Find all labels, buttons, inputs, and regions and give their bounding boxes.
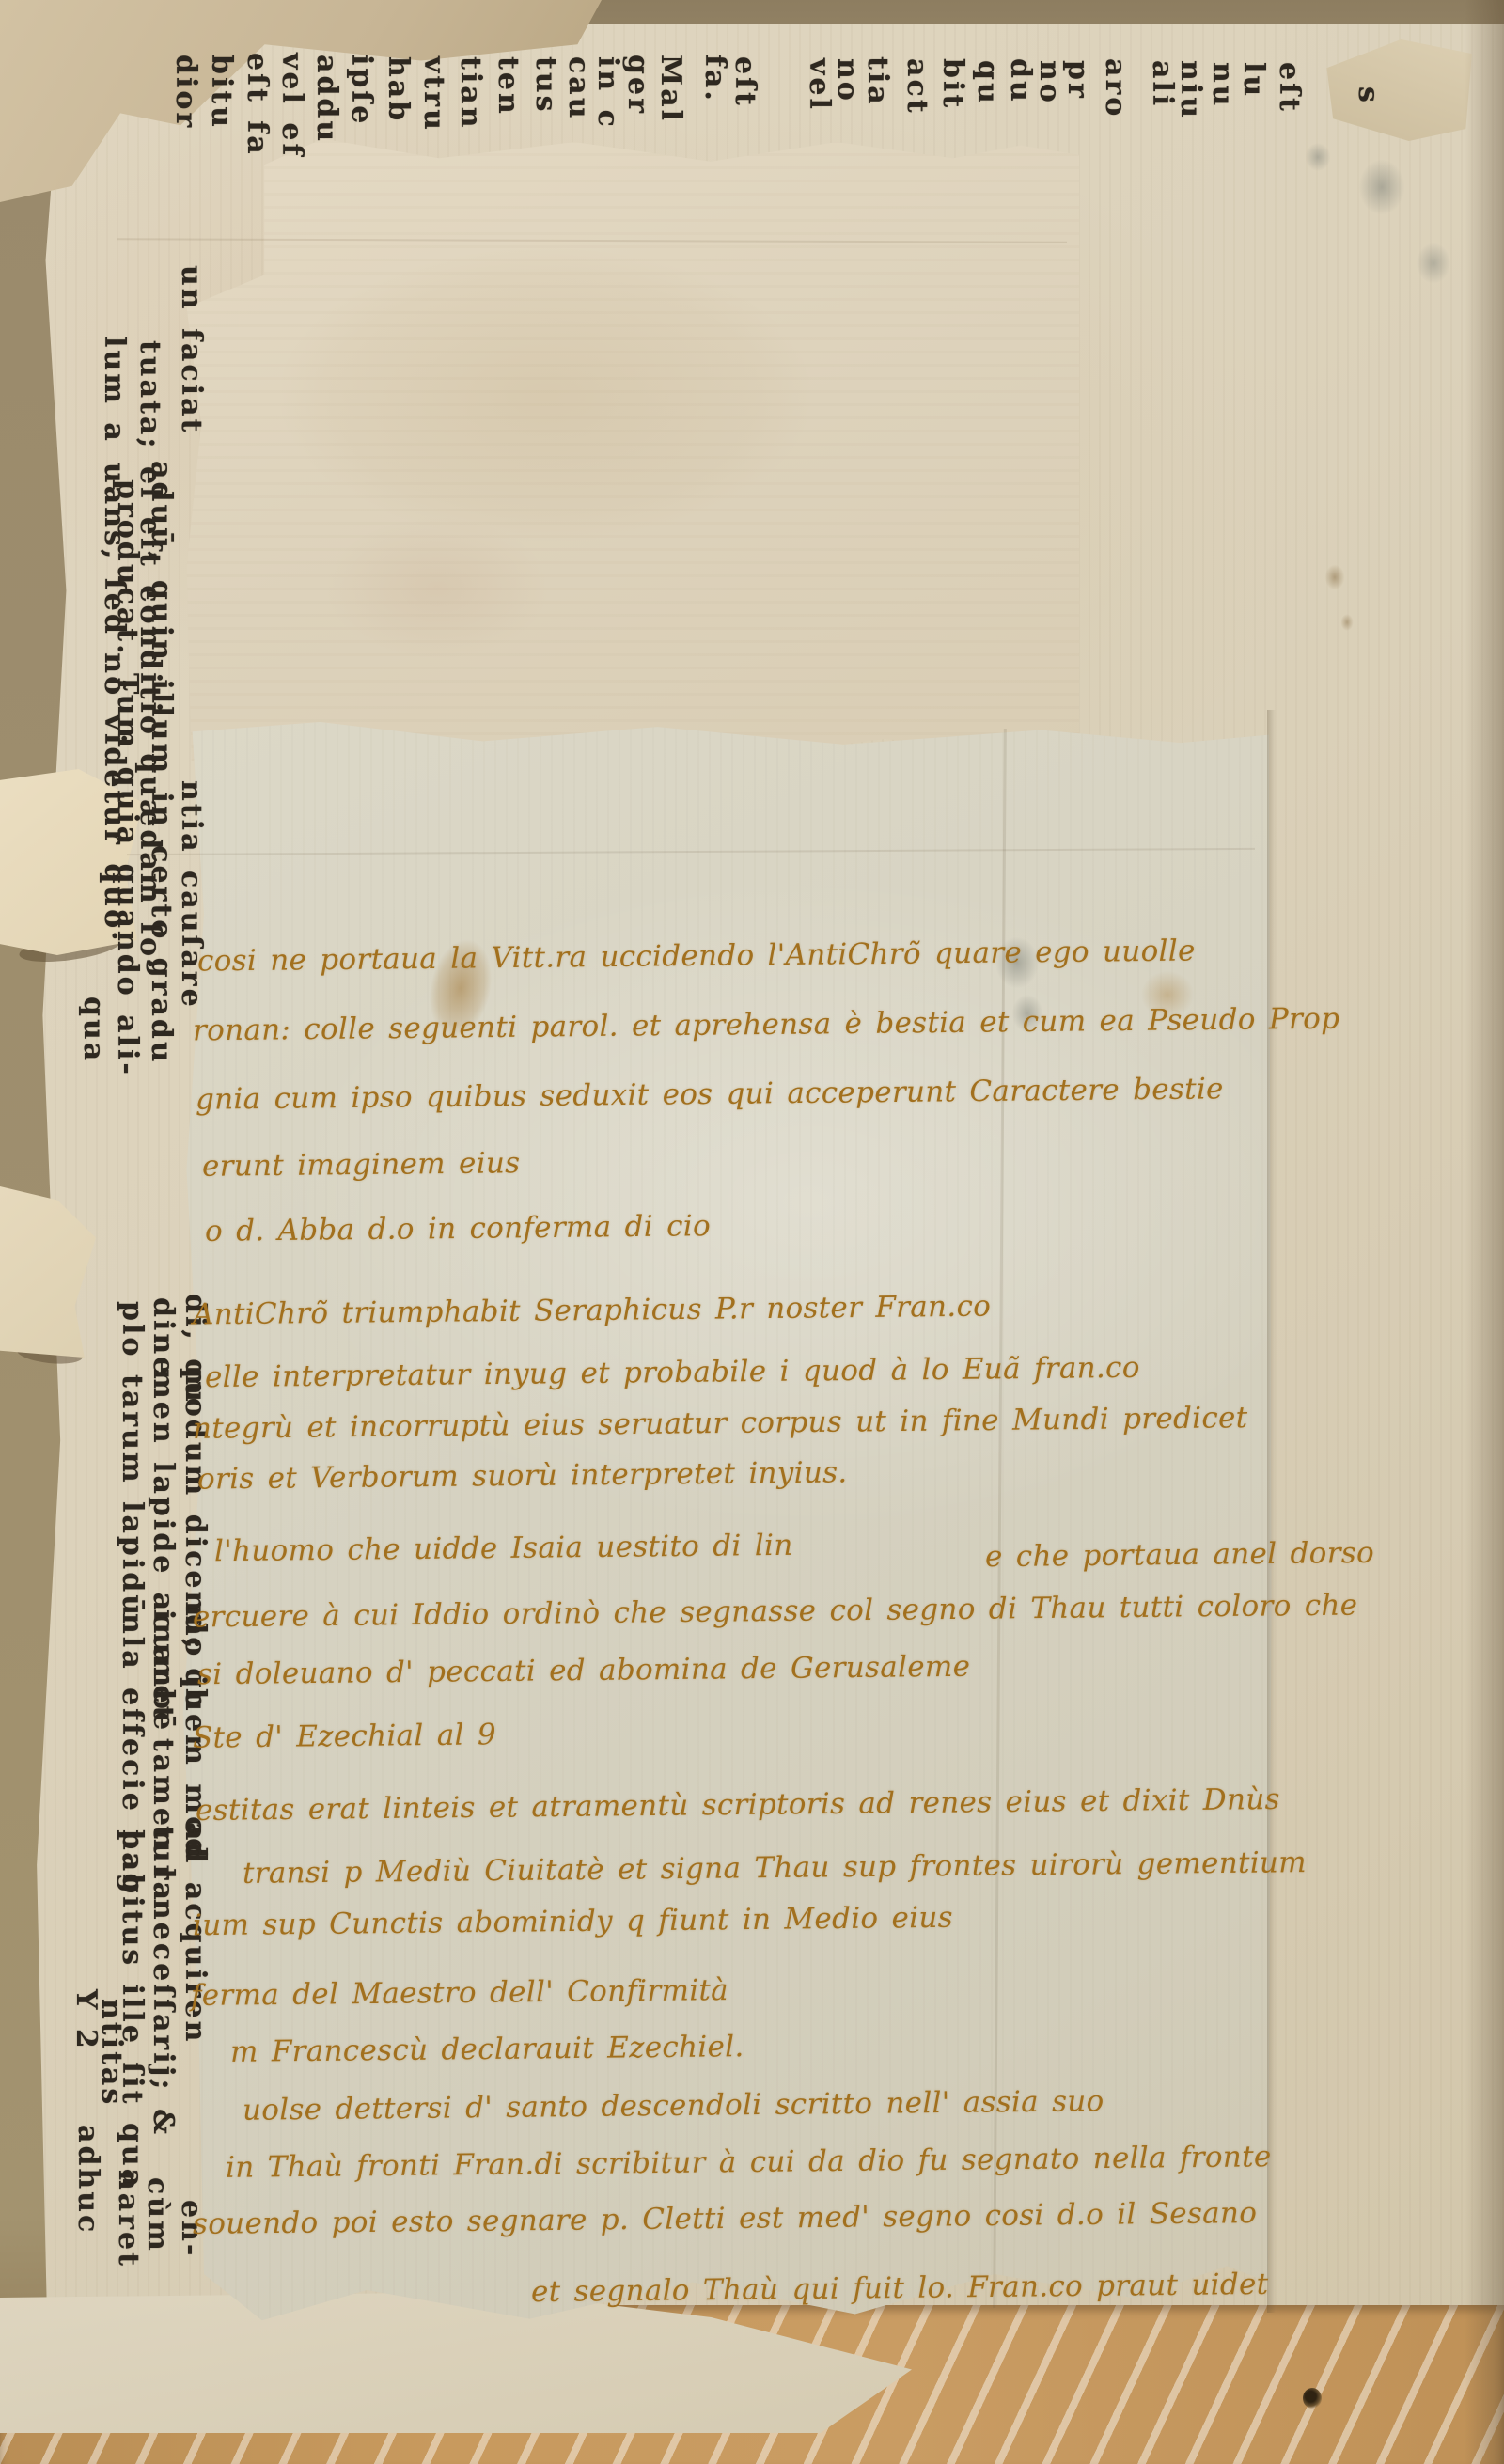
left-torn-flap-upper — [0, 769, 143, 955]
page-edge-shadow — [1465, 0, 1504, 2464]
scene: diorbitueſt favel efadduipſehabvtrutiant… — [0, 0, 1504, 2464]
manuscript-sheet — [111, 722, 1274, 2322]
fold-line — [1267, 710, 1278, 2313]
